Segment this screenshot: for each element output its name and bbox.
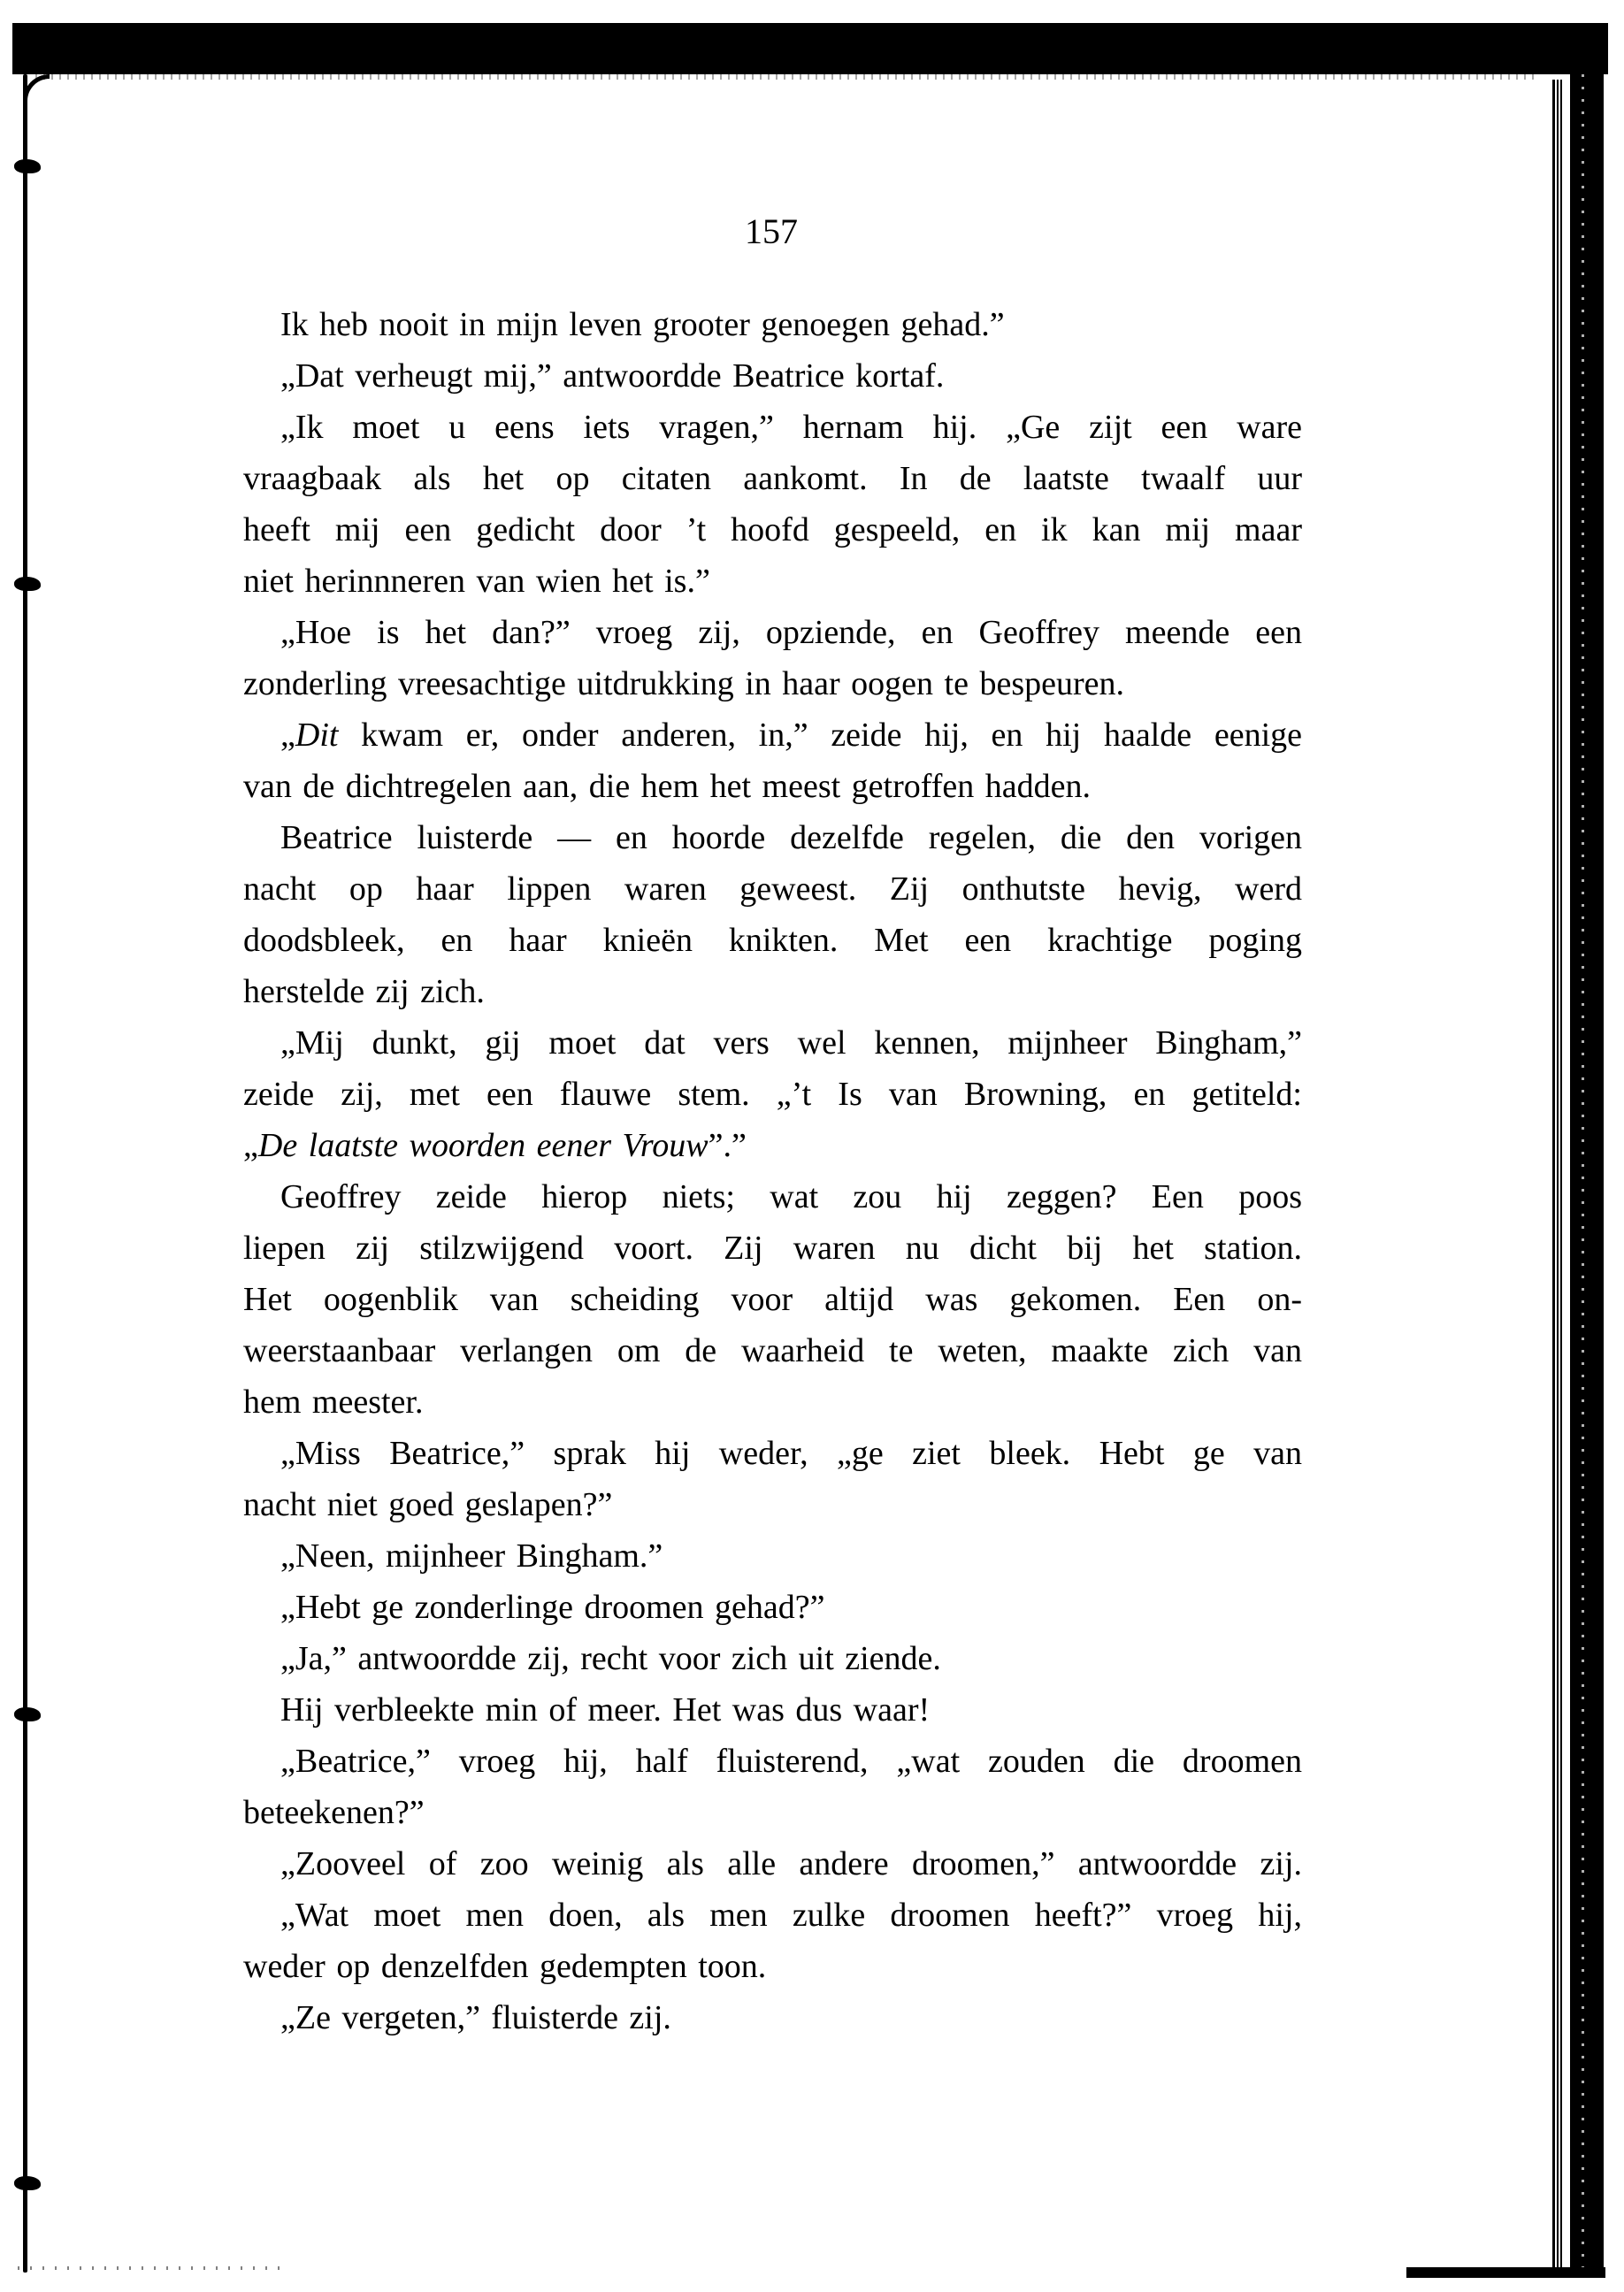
text-line: niet herinnneren van wien het is.” — [243, 556, 1302, 607]
scan-bottom-border — [1406, 2267, 1605, 2278]
text-line: heeft mij een gedicht door ’t hoofd gesp… — [243, 504, 1302, 556]
scan-top-border — [12, 23, 1608, 74]
text-line: liepen zij stilzwijgend voort. Zij waren… — [243, 1223, 1302, 1274]
text-line: „Mij dunkt, gij moet dat vers wel kennen… — [243, 1017, 1302, 1069]
text-line: „Hoe is het dan?” vroeg zij, opziende, e… — [243, 607, 1302, 658]
text-line: Hij verbleekte min of meer. Het was dus … — [243, 1684, 1302, 1736]
text-line: „Dat verheugt mij,” antwoordde Beatrice … — [243, 350, 1302, 402]
text-line: „Beatrice,” vroeg hij, half fluisterend,… — [243, 1736, 1302, 1787]
page-edge-lines-right — [1552, 80, 1565, 2272]
text-line: „Dit kwam er, onder anderen, in,” zeide … — [243, 709, 1302, 761]
scan-right-border-noise — [1582, 74, 1584, 2268]
text-line: „Zooveel of zoo weinig als alle andere d… — [243, 1838, 1302, 1890]
text-line: „De laatste woorden eener Vrouw”.” — [243, 1120, 1302, 1171]
text-line: zeide zij, met een flauwe stem. „’t Is v… — [243, 1069, 1302, 1120]
text-line: doodsbleek, en haar knieën knikten. Met … — [243, 915, 1302, 966]
binding-thread-mark — [14, 577, 41, 591]
page-number: 157 — [0, 211, 1543, 253]
text-line: vraagbaak als het op citaten aankomt. In… — [243, 453, 1302, 504]
italic-text: De laatste woorden eener Vrouw — [258, 1127, 709, 1164]
book-spine-left-edge — [23, 74, 27, 2273]
text-line: „Wat moet men doen, als men zulke droome… — [243, 1890, 1302, 1941]
text-line: van de dichtregelen aan, die hem het mee… — [243, 761, 1302, 812]
italic-text: Dit — [295, 717, 339, 754]
text-line: Geoffrey zeide hierop niets; wat zou hij… — [243, 1171, 1302, 1223]
text-line: zonderling vreesachtige uitdrukking in h… — [243, 658, 1302, 709]
body-text: Ik heb nooit in mijn leven grooter genoe… — [243, 299, 1302, 2043]
scan-right-border — [1570, 74, 1604, 2277]
scan-top-shadow — [35, 74, 1539, 80]
text-line: herstelde zij zich. — [243, 966, 1302, 1017]
text-line: „Hebt ge zonderlinge droomen gehad?” — [243, 1582, 1302, 1633]
text-line: weder op denzelfden gedempten toon. — [243, 1941, 1302, 1992]
text-line: nacht niet goed geslapen?” — [243, 1479, 1302, 1530]
scan-bottom-noise — [18, 2266, 283, 2270]
text-line: hem meester. — [243, 1376, 1302, 1428]
text-line: „Ja,” antwoordde zij, recht voor zich ui… — [243, 1633, 1302, 1684]
binding-thread-mark — [14, 2176, 41, 2190]
text-line: nacht op haar lippen waren geweest. Zij … — [243, 863, 1302, 915]
text-line: „Miss Beatrice,” sprak hij weder, „ge zi… — [243, 1428, 1302, 1479]
text-line: Het oogenblik van scheiding voor altijd … — [243, 1274, 1302, 1325]
text-line: Ik heb nooit in mijn leven grooter genoe… — [243, 299, 1302, 350]
text-line: beteekenen?” — [243, 1787, 1302, 1838]
binding-thread-mark — [14, 159, 41, 173]
text-line: Beatrice luisterde — en hoorde dezelfde … — [243, 812, 1302, 863]
text-line: „Ik moet u eens iets vragen,” hernam hij… — [243, 402, 1302, 453]
text-line: „Neen, mijnheer Bingham.” — [243, 1530, 1302, 1582]
binding-thread-mark — [14, 1707, 41, 1721]
text-line: „Ze vergeten,” fluisterde zij. — [243, 1992, 1302, 2043]
text-line: weerstaanbaar verlangen om de waarheid t… — [243, 1325, 1302, 1376]
